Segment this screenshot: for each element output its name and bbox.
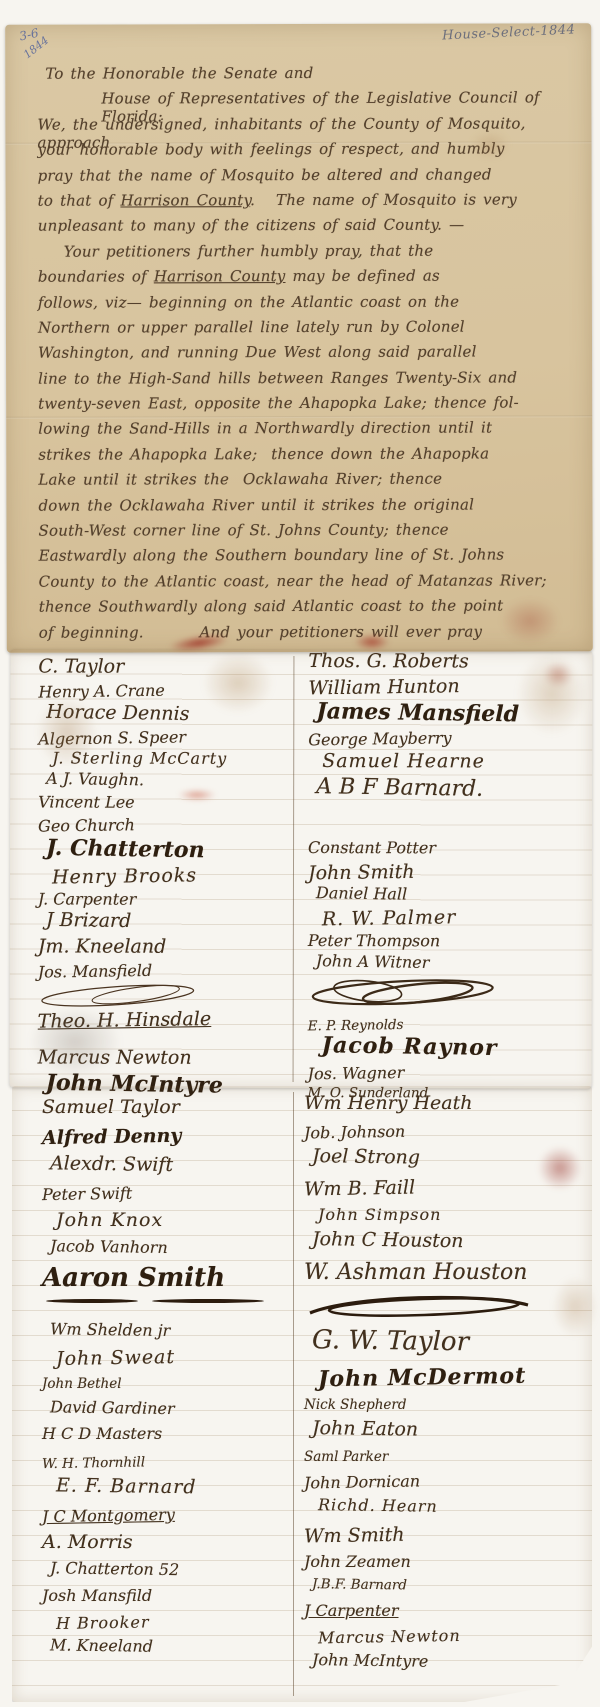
signature-column-left: Samuel Taylor Alfred Denny Alexdr. Swift… [42,1098,290,1665]
petition-line: your honorable body with feelings of res… [37,139,577,166]
signature-name: Wm Smith [304,1522,588,1547]
column-divider [293,1092,294,1696]
petition-line: Lake until it strikes the Ocklawaha Rive… [38,470,578,497]
ink-flourish [308,975,508,1009]
petition-line: strikes the Ahapopka Lake; thence down t… [38,444,578,471]
signature-name: G. W. Taylor [312,1328,588,1359]
signature-name: William Hunton [308,675,584,699]
petition-line: follows, viz— beginning on the Atlantic … [38,292,578,319]
signature-name: Wm B. Faill [304,1175,588,1200]
signature-name: Marcus Newton [318,1626,588,1648]
signature-name: Theo. H. Hinsdale [38,1009,290,1033]
petition-line: pray that the name of Mosquito be altere… [38,165,578,192]
signature-name: John Sweat [56,1346,290,1370]
signature-name: John A Witner [316,953,584,974]
signature-name: Horace Dennis [46,702,290,726]
signature-name: H Brooker [56,1612,290,1633]
petition-line: of beginning. And your petitioners will … [39,622,579,649]
signature-name: J C Montgomery [42,1505,290,1526]
underline-flourish [46,1299,290,1303]
petition-line: To the Honorable the Senate and [45,63,577,90]
archival-note-right: House-Select-1844 [442,22,576,43]
signature-name: Jacob Raynor [321,1034,583,1061]
petition-line: We, the undersigned, inhabitants of the … [37,114,577,141]
signature-name: J Carpenter [304,1603,588,1620]
petition-line: boundaries of Harrison County may be def… [38,266,578,293]
signature-name: M. Kneeland [50,1638,290,1658]
archival-note-left: 3-6 1844 [19,27,47,54]
signature-name: Henry Brooks [52,865,290,889]
petition-line: County to the Atlantic coast, near the h… [39,571,579,598]
signature-name: John Smith [308,860,584,884]
signature-name: J. Sterling McCarty [52,751,290,768]
signature-name: E. F. Barnard [56,1477,290,1500]
signature-name: R. W. Palmer [322,907,584,931]
signature-name: Thos. G. Roberts [308,652,584,673]
signature-column-left: C. Taylor Henry A. Crane Horace Dennis A… [38,657,291,1102]
signature-name: Alexdr. Swift [50,1154,290,1177]
petition-line: down the Ocklawaha River until it strike… [38,495,578,522]
petition-line: line to the High-Sand hills between Rang… [38,368,578,395]
signature-name: A B F Barnard. [316,775,584,802]
signature-name: Joel Strong [312,1147,588,1171]
signature-name: Jm. Kneeland [38,938,290,958]
scanned-petition-document: 3-6 1844 House-Select-1844 To the Honora… [0,0,600,1707]
signature-name: Jacob Vanhorn [50,1238,290,1258]
signature-name: Jos. Mansfield [38,961,290,982]
petition-line: South-West corner line of St. Johns Coun… [38,520,578,547]
signature-name: Samuel Taylor [42,1098,290,1118]
signature-name: Henry A. Crane [38,681,290,702]
signature-name: W. H. Thornhill [42,1453,290,1471]
signature-sheet-1: C. Taylor Henry A. Crane Horace Dennis A… [10,649,593,1088]
signature-column-right: Wm Henry Heath Job. Johnson Joel Strong … [304,1094,588,1680]
signature-name: Saml Parker [304,1450,588,1464]
signature-name: Vincent Lee [38,795,290,812]
column-divider [293,656,295,1082]
petition-sheet: 3-6 1844 House-Select-1844 To the Honora… [5,23,593,653]
petition-line: thence Southwardly along said Atlantic c… [39,596,579,623]
signature-name: Algernon S. Speer [38,727,290,748]
petition-line: lowing the Sand-Hills in a Northwardly d… [38,419,578,446]
signature-column-right: Thos. G. Roberts William Hunton James Ma… [308,652,585,1106]
signature-name: John McDermot [318,1363,588,1391]
petition-line: Eastwardly along the Southern boundary l… [39,546,579,573]
signature-name: George Mayberry [308,728,584,749]
signature-name: J Brizard [46,911,290,935]
petition-line: Your petitioners further humbly pray, th… [64,241,578,268]
signature-name: David Gardiner [50,1399,290,1419]
signature-name: H C D Masters [42,1426,290,1443]
signature-name: Daniel Hall [316,885,584,906]
signature-name: John Knox [56,1211,290,1231]
signature-name: Geo Church [38,815,290,836]
signature-name: John Zeamen [304,1554,588,1571]
signature-name: Josh Mansfild [42,1588,290,1605]
signature-name: John C Houston [312,1230,588,1254]
signature-sheet-2: Samuel Taylor Alfred Denny Alexdr. Swift… [12,1086,592,1702]
petition-line: Northern or upper parallel line lately r… [38,317,578,344]
signature-name: E. P. Reynolds [308,1015,584,1033]
signature-name: Peter Swift [42,1183,290,1204]
signature-name: C. Taylor [38,657,290,677]
signature-name: Richd. Hearn [318,1497,588,1518]
signature-name: J. Chatterton [46,836,290,863]
signature-name: Marcus Newton [38,1049,290,1069]
ink-flourish [304,1291,534,1321]
signature-name: John Dornican [304,1471,588,1493]
signature-name: Alfred Denny [42,1125,290,1149]
signature-name: Wm Henry Heath [304,1094,588,1114]
signature-name: Wm Shelden jr [50,1321,290,1341]
signature-name: John Simpson [318,1207,588,1224]
petition-line: twenty-seven East, opposite the Ahapopka… [38,393,578,420]
signature-name: Aaron Smith [42,1265,290,1292]
signature-name: Samuel Hearne [322,752,584,772]
signature-name: Jos. Wagner [307,1062,583,1083]
signature-name: Job. Johnson [304,1120,588,1142]
signature-name: Constant Potter [308,840,584,857]
signature-name: Nick Shepherd [304,1398,588,1412]
petition-text: To the Honorable the Senate and House of… [37,63,579,648]
signature-name: James Mansfield [316,700,584,727]
signature-name: A J. Vaughn. [46,771,290,792]
signature-name: J. Chatterton 52 [50,1560,290,1580]
signature-name: John Bethel [42,1377,290,1391]
signature-name: Peter Thompson [308,933,584,950]
signature-name: J.B.F. Barnard [312,1578,588,1596]
signature-name: John McIntyre [312,1652,588,1673]
signature-name: A. Morris [42,1533,290,1553]
signature-name: John Eaton [312,1419,588,1443]
signature-name: W. Ashman Houston [304,1261,588,1284]
petition-line: Washington, and running Due West along s… [38,343,578,370]
petition-line: unpleasant to many of the citizens of sa… [38,216,578,243]
ink-flourish [38,983,208,1009]
signature-name: J. Carpenter [38,891,290,908]
petition-line: to that of Harrison County. The name of … [38,190,578,217]
petition-line: House of Representatives of the Legislat… [101,89,577,116]
